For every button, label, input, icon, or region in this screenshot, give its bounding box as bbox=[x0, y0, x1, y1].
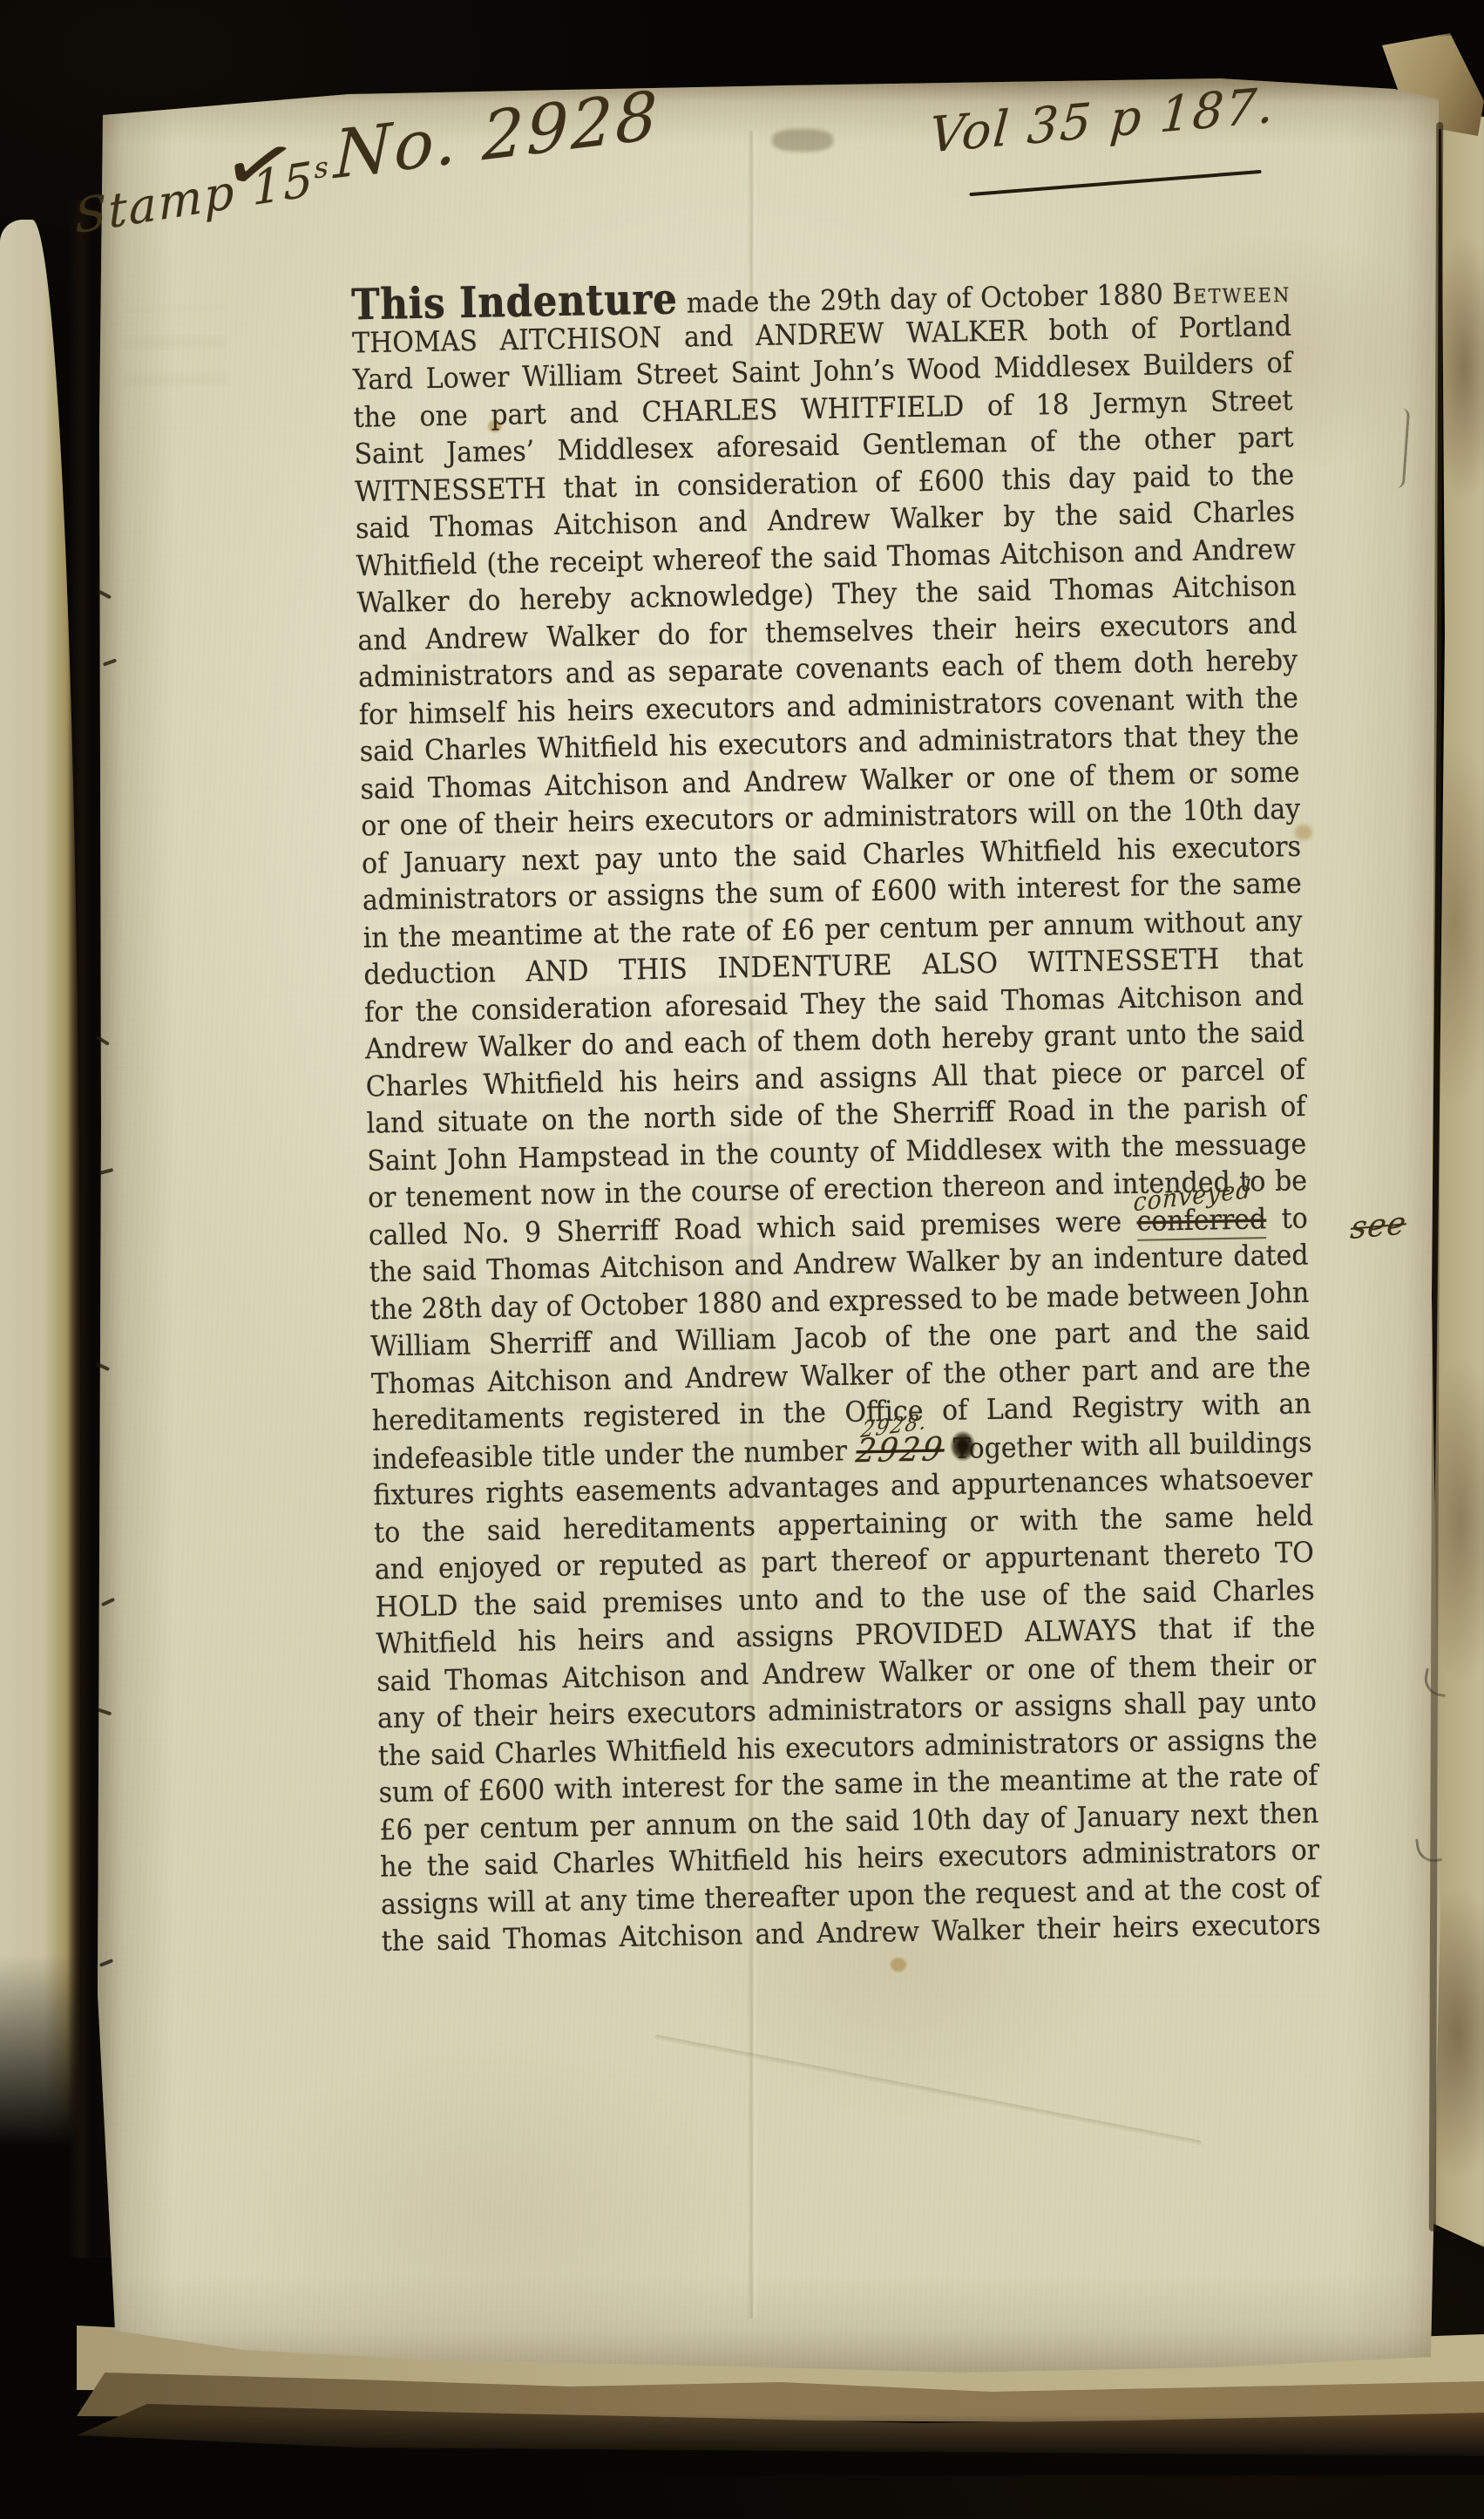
deed-lines-group-c: fixtures rights easements advantages and… bbox=[373, 1460, 1321, 1960]
stamp-sup: s bbox=[314, 150, 331, 186]
deed-text: This Indenture made the 29th day of Octo… bbox=[351, 270, 1321, 1960]
conferred-after: to bbox=[1266, 1202, 1308, 1236]
shadow-fade bbox=[77, 2414, 1484, 2475]
deed-lines-group-b: the said Thomas Aitchison and Andrew Wal… bbox=[369, 1237, 1311, 1440]
number-after: Together with all buildings bbox=[944, 1426, 1312, 1466]
struck-number: 29292928. bbox=[853, 1431, 946, 1470]
struck-word-conferred: conferredconveyed bbox=[1136, 1203, 1266, 1241]
deed-lines-group-a: THOMAS AITCHISON and ANDREW WALKER both … bbox=[352, 308, 1308, 1217]
margin-annotation: see bbox=[1349, 1205, 1409, 1246]
opening-between: Between bbox=[1172, 276, 1291, 311]
opening-phrase: This Indenture bbox=[351, 281, 678, 326]
scanned-deed-page: This Indenture made the 29th day of Octo… bbox=[0, 0, 1484, 2519]
